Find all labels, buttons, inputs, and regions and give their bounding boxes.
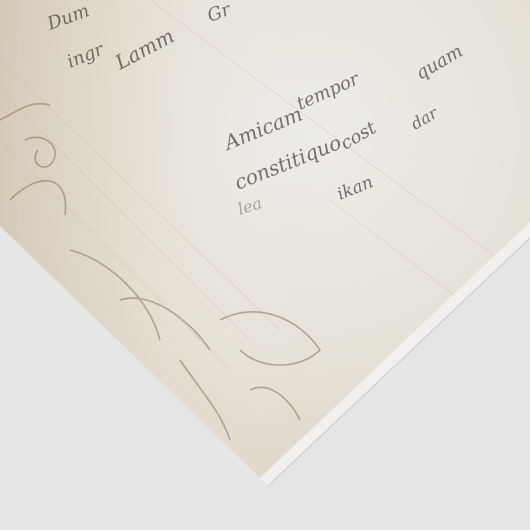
paper-surface: Dum ingr Lamm Gr Amicam tempor constitiq… bbox=[0, 0, 530, 530]
product-photo: Dum ingr Lamm Gr Amicam tempor constitiq… bbox=[0, 0, 530, 530]
napkin-illustration: Dum ingr Lamm Gr Amicam tempor constitiq… bbox=[0, 0, 530, 530]
